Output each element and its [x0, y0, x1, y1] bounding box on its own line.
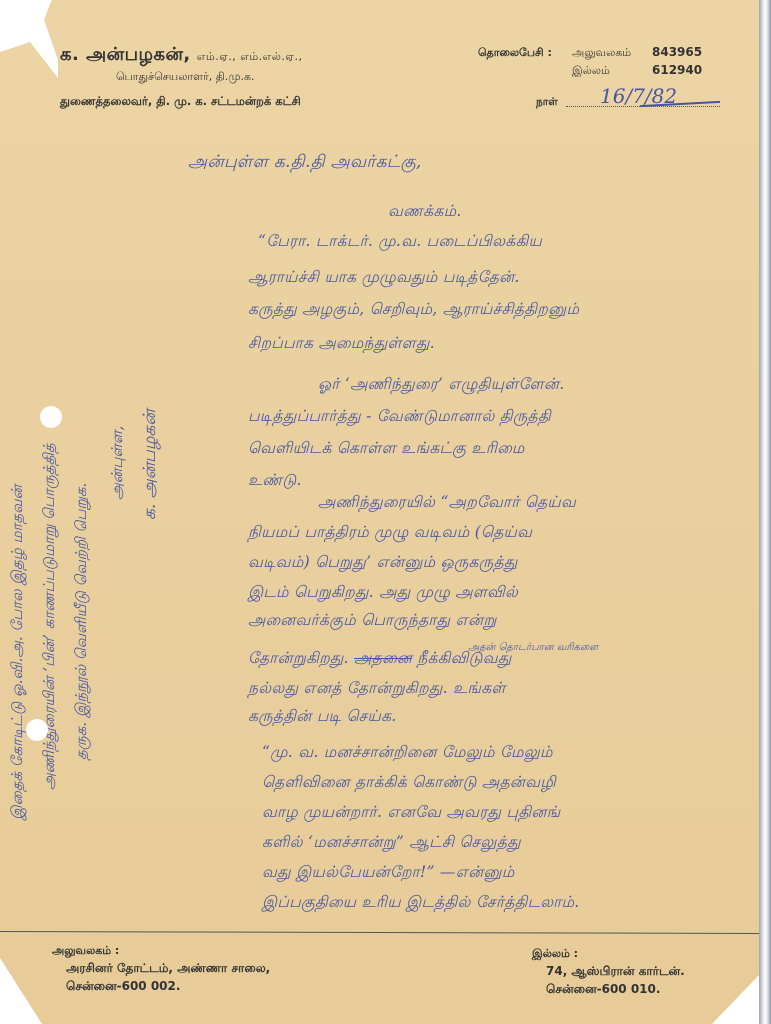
- letter-line: வது இயல்பேயன்றோ!” —என்னும்: [262, 863, 515, 883]
- letter-line: கருத்தின் படி செய்க.: [248, 707, 397, 727]
- letterhead-role: துணைத்தலைவர், தி. மு. க. சட்டமன்றக் கட்ச…: [60, 94, 301, 110]
- phone-home: இல்லம்612940: [572, 63, 702, 79]
- letter-line: படித்துப்பார்த்து - வேண்டுமானால் திருத்த…: [248, 407, 551, 427]
- letter-line: இப்பகுதியை உரிய இடத்தில் சேர்த்திடலாம்.: [262, 893, 580, 913]
- letterhead-title: பொதுச்செயலாளர், தி.மு.க.: [116, 70, 255, 85]
- punch-hole: [40, 406, 62, 428]
- home-label: இல்லம் :: [532, 947, 578, 962]
- letter-line: சிறப்பாக அமைந்துள்ளது.: [248, 334, 435, 354]
- inserted-text: அதன் தொடர்பான வரிகளை: [468, 642, 598, 654]
- letter-line: ஆராய்ச்சி யாக முழுவதும் படித்தேன்.: [248, 268, 520, 288]
- letter-line: அணிந்துரையில் “அறவோர் தெய்வ: [318, 493, 576, 513]
- letter-line: கருத்து அழகும், செறிவும், ஆராய்ச்சித்திற…: [248, 300, 579, 320]
- letter-line: “மு. வ. மனச்சான்றினை மேலும் மேலும்: [262, 743, 553, 763]
- letterhead-name: க. அன்பழகன்,எம்.ஏ., எம்.எல்.ஏ.,: [60, 44, 302, 67]
- phone-home-label: இல்லம்: [572, 64, 652, 79]
- greeting: வணக்கம்.: [388, 202, 462, 222]
- office-address-line1: அரசினர் தோட்டம், அண்ணா சாலை,: [66, 961, 270, 977]
- letter-line: நியமப் பாத்திரம் முழு வடிவம் (தெய்வ: [248, 523, 532, 543]
- margin-note-closing: அன்புள்ள,: [108, 426, 128, 500]
- phone-home-number: 612940: [652, 63, 702, 77]
- scanner-edge: [759, 0, 771, 1024]
- salutation: அன்புள்ள க.தி.தி அவர்கட்கு,: [188, 152, 422, 174]
- letter-line: உண்டு.: [248, 471, 302, 491]
- letter-line: ஓர் ‘அணிந்துரை’ எழுதியுள்ளேன்.: [318, 375, 564, 395]
- letter-line: வெளியிடக் கொள்ள உங்கட்கு உரிமை: [248, 439, 525, 459]
- letter-line: “பேரா. டாக்டர். மு.வ. படைப்பிலக்கிய: [258, 232, 542, 252]
- letter-line: களில் ‘மனச்சான்று” ஆட்சி செலுத்து: [262, 833, 521, 853]
- letter-line: தெளிவினை தாக்கிக் கொண்டு அதன்வழி: [262, 773, 556, 793]
- letter-line: அனைவர்க்கும் பொருந்தாது என்று: [248, 611, 497, 631]
- sender-name: க. அன்பழகன்,: [60, 44, 191, 65]
- letter-line: வாழ முயன்றார். எனவே அவரது புதினங்: [262, 803, 561, 823]
- punch-hole: [26, 719, 48, 741]
- phone-office: அலுவலகம்843965: [572, 45, 702, 61]
- struck-word: அதனை: [354, 649, 412, 667]
- letter-line: இடம் பெறுகிறது. அது முழு அளவில்: [248, 583, 518, 603]
- office-address-line2: சென்னை-600 002.: [66, 979, 180, 995]
- office-label: அலுவலகம் :: [52, 944, 119, 959]
- phone-office-number: 843965: [652, 45, 702, 59]
- date-label: நாள்: [536, 96, 558, 109]
- home-address-line2: சென்னை-600 010.: [546, 982, 660, 998]
- phone-label: தொலைபேசி :: [478, 46, 552, 61]
- margin-note-signature: க. அன்பழகன்: [140, 409, 162, 520]
- sender-degrees: எம்.ஏ., எம்.எல்.ஏ.,: [197, 50, 303, 63]
- letter-line: வடிவம்) பெறுது’ என்னும் ஒருகருத்து: [248, 553, 518, 573]
- margin-note-line: இதைக் கோடிட்டு ஓ.வி.அ. போல இதழ் மாதவன்: [8, 485, 28, 820]
- home-address-line1: 74, ஆஸ்பிரான் கார்டன்.: [546, 964, 685, 980]
- letter-line: நல்லது எனத் தோன்றுகிறது. உங்கள்: [248, 679, 506, 699]
- phone-office-label: அலுவலகம்: [572, 46, 652, 61]
- margin-note-line: தருக. இந்நூல் வெளியீடு வெற்றி பெறுக.: [72, 483, 92, 760]
